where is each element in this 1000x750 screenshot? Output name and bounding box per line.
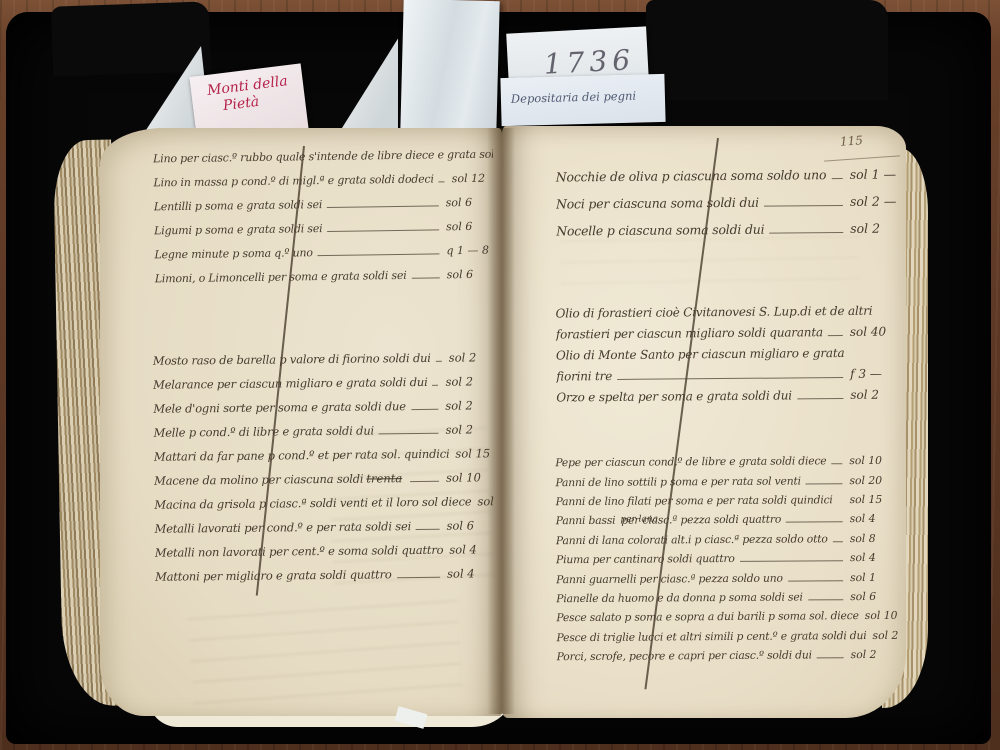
- ledger-entry: Melle p cond.º di libre e grata soldi du…: [154, 422, 494, 450]
- entry-text: Limoni, o Limoncelli per soma e grata so…: [155, 269, 407, 286]
- entry-amount: sol 40: [848, 325, 898, 339]
- left-page: ∥Lino per ciasc.º rubbo quale s'intende …: [100, 128, 502, 716]
- entry-text: Legne minute p soma q.º uno: [154, 247, 313, 262]
- ledger-entry: Panni de lino sottili p soma e per rata …: [555, 473, 897, 495]
- entry-leader-line: [318, 244, 440, 256]
- entry-text: Pesce di triglie lucci et altri simili p…: [556, 629, 866, 644]
- entry-amount: sol 2: [870, 628, 898, 641]
- entry-text: Olio di Monte Santo per ciascun migliaro…: [556, 346, 845, 363]
- entry-text: Porci, scrofe, pecore e capri per ciasc.…: [557, 648, 812, 663]
- ledger-entry: Mattari da far pane p cond.º et per rata…: [154, 446, 494, 474]
- entry-amount: sol 2 —: [848, 194, 898, 209]
- entry-leader-line: [411, 399, 439, 410]
- entry-leader-line: [617, 367, 843, 380]
- entry-text: Mattari da far pane p cond.º et per rata…: [154, 447, 450, 464]
- entry-leader-line: [740, 551, 843, 562]
- entry-text: Lino per ciasc.º rubbo quale s'intende d…: [153, 148, 493, 166]
- ledger-entry: Olio di forastieri cioè Civitanovesi S. …: [556, 304, 898, 328]
- entry-leader-line: [436, 351, 442, 362]
- ledger-entry: Porci, scrofe, pecore e capri per ciasc.…: [557, 648, 899, 670]
- entry-text: Macene da molino per ciascuna soldi: [154, 472, 363, 488]
- entry-text: Nocchie de oliva p ciascuna soma soldo u…: [556, 167, 827, 184]
- entry-leader-line: [411, 268, 439, 279]
- entry-text: Macina da grisola p ciasc.ª soldi venti …: [154, 494, 471, 511]
- gutter-shadow: [487, 128, 515, 714]
- right-page: Nocchie de oliva p ciascuna soma soldo u…: [502, 126, 906, 718]
- struck-text: trenta: [366, 471, 402, 485]
- entry-leader-line: [806, 474, 843, 484]
- entry-text: fiorini tre: [556, 369, 612, 383]
- ledger-block-lino: ∥Lino per ciasc.º rubbo quale s'intende …: [153, 148, 495, 297]
- ledger-entry: Panni di lana colorati alt.i p ciasc.ª p…: [556, 531, 898, 553]
- entry-leader-line: [397, 567, 441, 578]
- ledger-entry: Metalli non lavorati per cent.º e soma s…: [155, 542, 495, 570]
- entry-text: Mattoni per migliaro e grata soldi quatt…: [155, 567, 392, 583]
- series-label: Depositaria dei pegni: [511, 89, 636, 106]
- entry-leader-line: [788, 571, 843, 582]
- ledger-entry: Panni bassiper lanaper ciasc.ª pezza sol…: [556, 512, 898, 534]
- entry-leader-line: [416, 519, 440, 530]
- ledger-entry: Macina da grisola p ciasc.ª soldi venti …: [154, 494, 494, 522]
- ledger-entry: Pianelle da huomo e da donna p soma sold…: [556, 590, 898, 612]
- entry-leader-line: [432, 375, 438, 386]
- entry-amount: sol 8: [848, 532, 898, 545]
- entry-amount: sol 2: [848, 221, 898, 236]
- entry-leader-line: [833, 532, 843, 542]
- entry-text: Lino in massa p cond.º di migl.ª e grata…: [153, 173, 433, 190]
- entry-text: Panni di lana colorati alt.i p ciasc.ª p…: [556, 532, 828, 547]
- ledger-entry: Mosto raso de barella p valore di fiorin…: [153, 350, 493, 378]
- entry-amount: sol 2: [443, 398, 493, 413]
- ledger-block-o: Olio di forastieri cioè Civitanovesi S. …: [556, 304, 899, 412]
- entry-text: Panni de lino filati per soma e per rata…: [556, 493, 833, 508]
- entry-text: Mosto raso de barella p valore di fiorin…: [153, 351, 431, 368]
- entry-leader-line: [831, 167, 843, 179]
- ledger-block-n: Nocchie de oliva p ciascuna soma soldo u…: [556, 167, 899, 251]
- ledger-entry: Metalli lavorati per cond.º e per rata s…: [155, 518, 495, 546]
- entry-amount: sol 4: [848, 551, 898, 564]
- entry-text: Ligumi p soma e grata soldi sei: [154, 222, 323, 237]
- entry-text: Panni guarnelli per ciasc.ª pezza soldo …: [556, 571, 783, 586]
- ledger-entry: Panni de lino filati per soma e per rata…: [556, 493, 898, 515]
- interlinear-group: trentadieci: [366, 471, 402, 485]
- photo-of-manuscript: Monti della Pietà 1736 Depositaria dei p…: [0, 0, 1000, 750]
- interlinear-note: dieci: [368, 470, 390, 472]
- entry-text: Metalli lavorati per cond.º e per rata s…: [155, 519, 412, 536]
- paper-ribbon-bookmark: [400, 0, 499, 135]
- entry-text: forastieri per ciascun migliaro soldi qu…: [556, 325, 823, 341]
- entry-leader-line: [786, 512, 843, 523]
- ledger-entry: Macene da molino per ciascuna solditrent…: [154, 470, 494, 498]
- entry-amount: sol 20: [847, 473, 897, 486]
- entry-leader-line: [379, 423, 439, 434]
- ledger-entry: Piuma per cantinaro soldi quattrosol 4: [556, 551, 898, 573]
- entry-text: Pesce salato p soma e sopra a dui barili…: [556, 609, 858, 624]
- entry-leader-line: [797, 388, 844, 400]
- entry-leader-line: [439, 172, 445, 182]
- ledger-entry: fiorini tref 3 —: [556, 367, 898, 391]
- entry-amount: f 3 —: [848, 367, 898, 381]
- ledger-entry: Olio di Monte Santo per ciascun migliaro…: [556, 346, 898, 370]
- ledger-entry: Panni guarnelli per ciasc.ª pezza soldo …: [556, 570, 898, 592]
- book-cover-corner-right: [646, 0, 888, 100]
- entry-text: Mele d'ogni sorte per soma e grata soldi…: [153, 399, 406, 416]
- ledger-entry: Nocchie de oliva p ciascuna soma soldo u…: [556, 167, 898, 197]
- entry-amount: sol 6: [848, 590, 898, 603]
- ledger-block-m: Mosto raso de barella p valore di fiorin…: [153, 350, 495, 594]
- entry-text: Olio di forastieri cioè Civitanovesi S. …: [556, 304, 873, 321]
- entry-text: Pepe per ciascun cond.º de libre e grata…: [555, 454, 826, 469]
- entry-text: Panni de lino sottili p soma e per rata …: [555, 474, 801, 489]
- ledger-entry: Limoni, o Limoncelli per soma e grata so…: [155, 268, 495, 297]
- sticky-note-depositaria: Depositaria dei pegni: [500, 74, 665, 126]
- ledger-block-p: Pepe per ciascun cond.º de libre e grata…: [555, 454, 898, 670]
- ledger-entry: Orzo e spelta per soma e grata soldi dui…: [556, 388, 898, 412]
- ledger-entry: Noci per ciascuna soma soldi duisol 2 —: [556, 194, 898, 224]
- ledger-entry: Pepe per ciascun cond.º de libre e grata…: [555, 454, 897, 476]
- entry-text: Piuma per cantinaro soldi quattro: [556, 552, 735, 566]
- entry-amount: sol 1: [848, 570, 898, 583]
- entry-amount: sol 15: [848, 493, 898, 506]
- book-cover-corner-left: [51, 1, 211, 76]
- ledger-entry: forastieri per ciascun migliaro soldi qu…: [556, 325, 898, 349]
- entry-text: Pianelle da huomo e da donna p soma sold…: [556, 590, 803, 605]
- ledger-entry: Melarance per ciascun migliaro e grata s…: [153, 374, 493, 402]
- entry-leader-line: [327, 220, 439, 232]
- entry-text: Noci per ciascuna soma soldi dui: [556, 195, 759, 212]
- entry-text: Melle p cond.º di libre e grata soldi du…: [154, 423, 375, 439]
- ledger-entry: Pesce di triglie lucci et altri simili p…: [556, 628, 898, 650]
- entry-amount: sol 10: [847, 454, 897, 467]
- entry-text: Melarance per ciascun migliaro e grata s…: [153, 375, 428, 392]
- entry-leader-line: [828, 325, 843, 336]
- entry-text: Panni bassi: [556, 514, 616, 527]
- entry-text: Orzo e spelta per soma e grata soldi dui: [556, 389, 792, 405]
- ledger-entry: Mele d'ogni sorte per soma e grata soldi…: [153, 398, 493, 426]
- entry-amount: sol 1 —: [848, 167, 898, 182]
- entry-leader-line: [764, 194, 843, 206]
- interlinear-note: per lana: [620, 515, 658, 525]
- entry-leader-line: [817, 648, 844, 658]
- entry-amount: sol 2: [443, 374, 493, 389]
- ledger-entry: Pesce salato p soma e sopra a dui barili…: [556, 609, 898, 631]
- ledger-entry: Mattoni per migliaro e grata soldi quatt…: [155, 566, 495, 594]
- entry-amount: sol 2: [849, 648, 899, 661]
- entry-leader-line: [410, 471, 439, 482]
- entry-leader-line: [831, 454, 842, 464]
- entry-amount: sol 2: [848, 388, 898, 402]
- ledger-entry: Nocelle p ciascuna soma soldi duisol 2: [556, 221, 898, 251]
- entry-text: Nocelle p ciascuna soma soldi dui: [556, 222, 764, 239]
- entry-leader-line: [808, 590, 844, 600]
- entry-amount: sol 4: [848, 512, 898, 525]
- entry-leader-line: [327, 196, 439, 208]
- entry-leader-line: [769, 221, 843, 233]
- entry-text: Metalli non lavorati per cent.º e soma s…: [155, 543, 444, 560]
- entry-amount: sol 10: [863, 609, 899, 622]
- folio-number: 115: [840, 133, 864, 149]
